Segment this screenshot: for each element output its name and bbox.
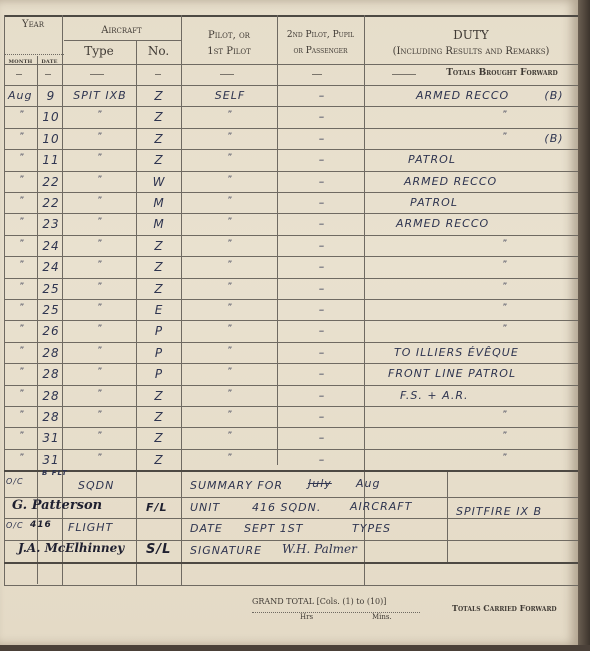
- cell-duty-note: (B): [536, 132, 572, 145]
- cell-no: Z: [138, 453, 180, 467]
- col-line-type: [136, 40, 137, 585]
- cell-date: 25: [40, 282, 62, 296]
- cell-type: ”: [66, 110, 134, 120]
- cell-type: ”: [66, 217, 134, 227]
- header-aircraft: Aircraft: [62, 24, 181, 37]
- cell-pilot: ”: [184, 260, 276, 270]
- cell-second: –: [280, 132, 364, 145]
- grand-total-dotline: [252, 612, 420, 613]
- row-rule: [4, 278, 578, 279]
- cell-pilot: ”: [184, 196, 276, 206]
- header-second-pilot-1: 2nd Pilot, Pupil: [277, 29, 364, 42]
- row-rule: [4, 299, 578, 300]
- cell-date: 9: [40, 89, 62, 103]
- cell-duty: ”: [430, 260, 580, 270]
- cell-duty: ARMED RECCO: [396, 217, 489, 230]
- totals-rule: [4, 85, 578, 86]
- cell-date: 10: [40, 110, 62, 124]
- summary-struck-month: July: [308, 477, 332, 490]
- cell-no: Z: [138, 389, 180, 403]
- cell-type: ”: [66, 260, 134, 270]
- cell-pilot: ”: [184, 431, 276, 441]
- cell-duty: ARMED RECCO: [404, 175, 497, 188]
- cell-no: M: [138, 217, 180, 231]
- oc-sqdn-signature: G. Patterson: [12, 498, 102, 513]
- top-rule: [4, 15, 578, 17]
- totals-brought-forward: Totals Brought Forward: [432, 67, 572, 80]
- oc-flight-rank: S/L: [146, 542, 171, 557]
- cell-no: W: [138, 175, 180, 189]
- cell-type: ”: [66, 453, 134, 463]
- header-pilot-2: 1st Pilot: [181, 45, 277, 58]
- cell-pilot: ”: [184, 282, 276, 292]
- cell-second: –: [280, 217, 364, 230]
- summary-month: Aug: [356, 477, 380, 490]
- header-no: No.: [136, 45, 181, 58]
- cell-no: Z: [138, 239, 180, 253]
- oc-sqdn-prefix: O/C: [6, 477, 24, 486]
- cell-pilot: ”: [184, 324, 276, 334]
- header-duty-sub: (Including Results and Remarks): [364, 45, 578, 58]
- cell-no: Z: [138, 410, 180, 424]
- cell-duty: ”: [430, 453, 580, 463]
- cell-date: 28: [40, 367, 62, 381]
- book-binding: [578, 0, 590, 651]
- oc-flight-label: FLIGHT: [68, 521, 113, 534]
- cell-date: 31: [40, 453, 62, 467]
- col-line-no: [181, 15, 182, 585]
- cell-no: Z: [138, 282, 180, 296]
- row-rule: [4, 149, 578, 150]
- mins-label: Mins.: [372, 613, 392, 621]
- cell-no: Z: [138, 89, 180, 103]
- cell-second: –: [280, 303, 364, 316]
- cell-type: ”: [66, 324, 134, 334]
- cell-no: M: [138, 196, 180, 210]
- cell-month: ”: [8, 175, 36, 185]
- page-edge: [0, 645, 590, 651]
- row-rule: [4, 406, 578, 407]
- date-label: DATE: [190, 522, 223, 535]
- cell-second: –: [280, 110, 364, 123]
- unit-label: UNIT: [190, 501, 220, 514]
- row-rule: [4, 213, 578, 214]
- header-duty: DUTY: [364, 29, 578, 42]
- cell-type: ”: [66, 303, 134, 313]
- cell-no: Z: [138, 260, 180, 274]
- cell-second: –: [280, 389, 364, 402]
- cell-pilot: ”: [184, 410, 276, 420]
- summary-rule-2: [4, 518, 578, 519]
- cell-pilot: ”: [184, 110, 276, 120]
- cell-month: ”: [8, 410, 36, 420]
- dash: [312, 74, 322, 75]
- dash: [155, 74, 161, 75]
- cell-pilot: ”: [184, 217, 276, 227]
- cell-pilot: ”: [184, 132, 276, 142]
- cell-month: ”: [8, 431, 36, 441]
- cell-date: 11: [40, 153, 62, 167]
- oc-sqdn-label: SQDN: [78, 479, 114, 492]
- header-pilot-1: Pilot, or: [181, 29, 277, 42]
- cell-duty: ”: [430, 324, 580, 334]
- cell-second: –: [280, 346, 364, 359]
- cell-duty: TO ILLIERS ÉVÊQUE: [394, 346, 519, 359]
- cell-duty: ”: [430, 282, 580, 292]
- cell-second: –: [280, 282, 364, 295]
- cell-no: Z: [138, 132, 180, 146]
- aircraft-divider: [64, 40, 181, 41]
- cell-date: 23: [40, 217, 62, 231]
- row-rule: [4, 427, 578, 428]
- date-value: SEPT 1ST: [244, 522, 303, 535]
- cell-type: ”: [66, 410, 134, 420]
- cell-date: 26: [40, 324, 62, 338]
- cell-date: 25: [40, 303, 62, 317]
- cell-second: –: [280, 153, 364, 166]
- cell-no: E: [138, 303, 180, 317]
- oc-flight-unit: 416: [30, 520, 52, 530]
- row-rule: [4, 171, 578, 172]
- col-line-left: [4, 15, 5, 585]
- cell-second: –: [280, 89, 364, 102]
- dash: [45, 74, 51, 75]
- summary-label: SUMMARY FOR: [190, 479, 283, 492]
- cell-no: P: [138, 324, 180, 338]
- types-label: TYPES: [352, 522, 391, 535]
- cell-duty: PATROL: [410, 196, 458, 209]
- cell-month: ”: [8, 217, 36, 227]
- header-date: DATE: [37, 56, 62, 69]
- signature-value: W.H. Palmer: [282, 542, 357, 556]
- cell-date: 10: [40, 132, 62, 146]
- row-rule: [4, 106, 578, 107]
- row-rule: [4, 342, 578, 343]
- cell-duty: FRONT LINE PATROL: [388, 367, 516, 380]
- row-rule: [4, 192, 578, 193]
- cell-month: Aug: [8, 89, 36, 102]
- header-bottom-rule: [4, 64, 578, 65]
- cell-duty: ”: [430, 431, 580, 441]
- cell-second: –: [280, 367, 364, 380]
- dash: [16, 74, 22, 75]
- oc-sqdn-flight: B FLT: [42, 469, 68, 477]
- summary-bottom-rule: [4, 562, 578, 564]
- cell-type: ”: [66, 132, 134, 142]
- cell-pilot: ”: [184, 453, 276, 463]
- dash: [392, 74, 416, 75]
- cell-month: ”: [8, 367, 36, 377]
- row-rule: [4, 128, 578, 129]
- cell-no: Z: [138, 110, 180, 124]
- row-rule: [4, 363, 578, 364]
- cell-pilot: ”: [184, 389, 276, 399]
- aircraft-types-value: SPITFIRE IX B: [456, 505, 542, 518]
- cell-pilot: ”: [184, 346, 276, 356]
- cell-second: –: [280, 175, 364, 188]
- cell-duty: F.S. + A.R.: [400, 389, 468, 402]
- cell-month: ”: [8, 282, 36, 292]
- cell-duty: ”: [430, 303, 580, 313]
- cell-pilot: ”: [184, 175, 276, 185]
- aircraft-label: AIRCRAFT: [350, 500, 412, 513]
- cell-type: ”: [66, 346, 134, 356]
- cell-duty: ”: [430, 110, 580, 120]
- summary-top-rule: [4, 470, 578, 472]
- cell-no: Z: [138, 153, 180, 167]
- cell-type: ”: [66, 196, 134, 206]
- cell-duty-note: (B): [536, 89, 572, 102]
- hrs-label: Hrs: [300, 613, 313, 621]
- cell-type: ”: [66, 153, 134, 163]
- cell-type: ”: [66, 282, 134, 292]
- cell-type: ”: [66, 431, 134, 441]
- cell-date: 31: [40, 431, 62, 445]
- row-rule: [4, 256, 578, 257]
- cell-date: 28: [40, 389, 62, 403]
- unit-value: 416 SQDN.: [252, 501, 321, 514]
- cell-date: 24: [40, 239, 62, 253]
- cell-second: –: [280, 410, 364, 423]
- oc-flight-signature: J.A. McElhinney: [18, 541, 124, 555]
- cell-type: ”: [66, 389, 134, 399]
- cell-month: ”: [8, 346, 36, 356]
- col-line-pilot: [277, 15, 278, 465]
- oc-sqdn-rank: F/L: [146, 501, 168, 514]
- cell-month: ”: [8, 260, 36, 270]
- signature-label: SIGNATURE: [190, 544, 262, 557]
- header-year: Year: [4, 18, 62, 31]
- logbook-page: Year MONTH DATE Aircraft Type No. Pilot,…: [0, 0, 578, 645]
- grand-total-label: GRAND TOTAL [Cols. (1) to (10)]: [252, 597, 386, 606]
- header-second-pilot-2: or Passenger: [277, 45, 364, 58]
- cell-date: 28: [40, 346, 62, 360]
- cell-second: –: [280, 453, 364, 466]
- cell-month: ”: [8, 196, 36, 206]
- cell-pilot: ”: [184, 303, 276, 313]
- table-bottom-rule: [4, 585, 578, 586]
- cell-second: –: [280, 260, 364, 273]
- cell-no: Z: [138, 431, 180, 445]
- cell-pilot: ”: [184, 153, 276, 163]
- cell-type: SPIT IXB: [66, 89, 134, 102]
- cell-duty: PATROL: [408, 153, 456, 166]
- cell-date: 22: [40, 196, 62, 210]
- cell-date: 22: [40, 175, 62, 189]
- cell-duty: ”: [430, 239, 580, 249]
- cell-date: 28: [40, 410, 62, 424]
- row-rule: [4, 235, 578, 236]
- cell-second: –: [280, 196, 364, 209]
- header-type: Type: [62, 45, 136, 58]
- row-rule: [4, 320, 578, 321]
- cell-month: ”: [8, 389, 36, 399]
- cell-pilot: SELF: [184, 89, 276, 102]
- row-rule: [4, 449, 578, 450]
- totals-carried-forward: Totals Carried Forward: [452, 603, 557, 613]
- cell-date: 24: [40, 260, 62, 274]
- cell-month: ”: [8, 453, 36, 463]
- cell-second: –: [280, 431, 364, 444]
- cell-type: ”: [66, 175, 134, 185]
- cell-no: P: [138, 346, 180, 360]
- cell-second: –: [280, 239, 364, 252]
- cell-duty: ”: [430, 410, 580, 420]
- cell-month: ”: [8, 153, 36, 163]
- cell-month: ”: [8, 239, 36, 249]
- row-rule: [4, 385, 578, 386]
- cell-type: ”: [66, 239, 134, 249]
- cell-month: ”: [8, 324, 36, 334]
- cell-month: ”: [8, 110, 36, 120]
- cell-second: –: [280, 324, 364, 337]
- dash: [220, 74, 234, 75]
- cell-month: ”: [8, 303, 36, 313]
- cell-month: ”: [8, 132, 36, 142]
- col-line-summary: [447, 470, 448, 562]
- cell-duty: ARMED RECCO: [416, 89, 509, 102]
- cell-no: P: [138, 367, 180, 381]
- cell-type: ”: [66, 367, 134, 377]
- oc-flight-prefix: O/C: [6, 521, 24, 530]
- cell-pilot: ”: [184, 239, 276, 249]
- cell-pilot: ”: [184, 367, 276, 377]
- dash: [90, 74, 104, 75]
- header-month: MONTH: [4, 56, 37, 69]
